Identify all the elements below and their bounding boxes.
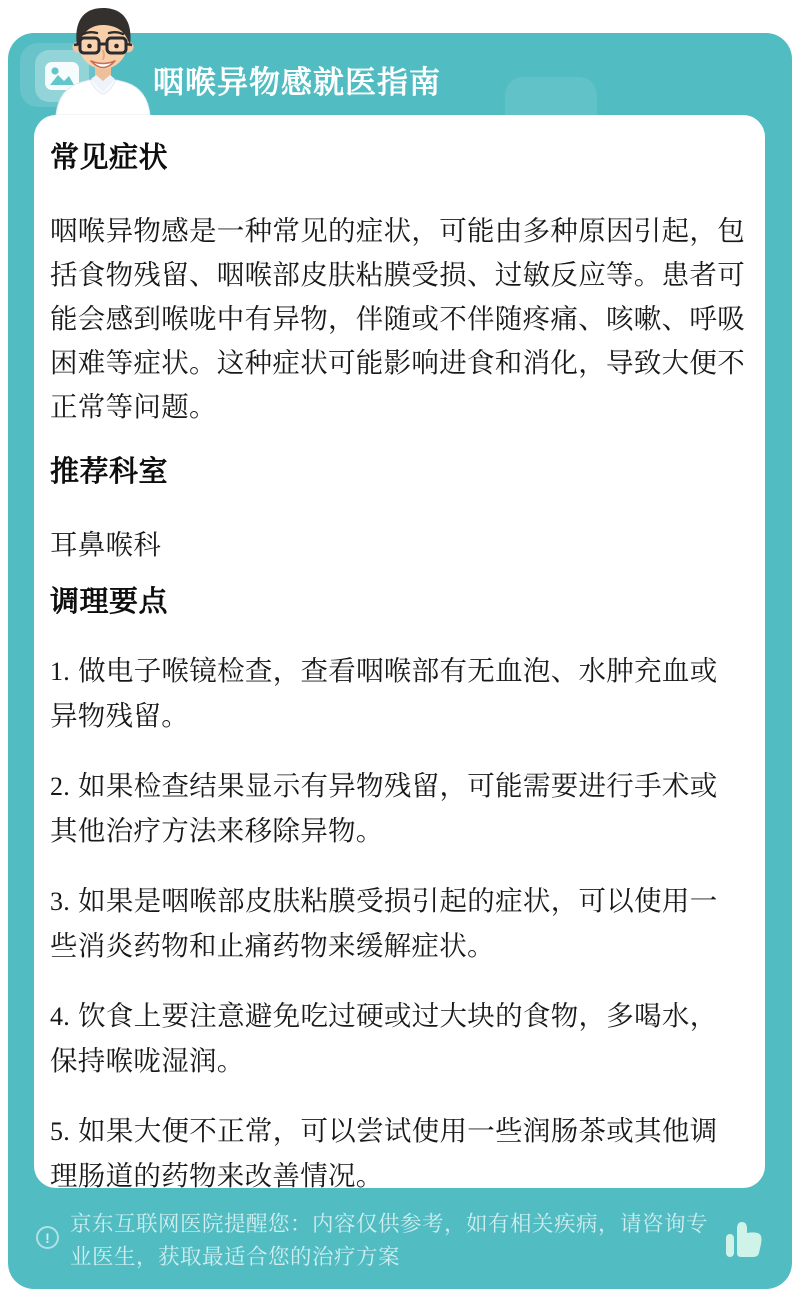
symptoms-text: 咽喉异物感是一种常见的症状，可能由多种原因引起，包括食物残留、咽喉部皮肤粘膜受损… bbox=[50, 209, 745, 429]
tip-item-1: 1.做电子喉镜检查，查看咽喉部有无血泡、水肿充血或异物残留。 bbox=[50, 649, 745, 738]
tip-item-3: 3.如果是咽喉部皮肤粘膜受损引起的症状，可以使用一些消炎药物和止痛药物来缓解症状… bbox=[50, 879, 745, 968]
section-heading-department: 推荐科室 bbox=[50, 455, 745, 489]
tip-text: 如果是咽喉部皮肤粘膜受损引起的症状，可以使用一些消炎药物和止痛药物来缓解症状。 bbox=[50, 885, 718, 961]
tip-item-4: 4.饮食上要注意避免吃过硬或过大块的食物，多喝水，保持喉咙湿润。 bbox=[50, 994, 745, 1083]
tip-number: 4. bbox=[50, 1002, 70, 1031]
tip-text: 做电子喉镜检查，查看咽喉部有无血泡、水肿充血或异物残留。 bbox=[50, 655, 718, 731]
doctor-avatar bbox=[44, 2, 162, 115]
tip-text: 如果检查结果显示有异物残留，可能需要进行手术或其他治疗方法来移除异物。 bbox=[50, 770, 718, 846]
tip-text: 饮食上要注意避免吃过硬或过大块的食物，多喝水，保持喉咙湿润。 bbox=[50, 1000, 718, 1076]
footer-disclaimer: 京东互联网医院提醒您：内容仅供参考，如有相关疾病，请咨询专业医生，获取最适合您的… bbox=[70, 1208, 728, 1274]
warning-icon: ! bbox=[36, 1226, 59, 1249]
thumbs-up-icon[interactable] bbox=[722, 1220, 764, 1260]
tip-number: 3. bbox=[50, 887, 70, 916]
tip-text: 如果大便不正常，可以尝试使用一些润肠茶或其他调理肠道的药物来改善情况。 bbox=[50, 1115, 718, 1188]
department-text: 耳鼻喉科 bbox=[50, 523, 745, 567]
health-guide-screen: { "header": { "title": "咽喉异物感就医指南" }, "a… bbox=[0, 0, 800, 1297]
warning-symbol: ! bbox=[45, 1230, 50, 1246]
section-heading-tips: 调理要点 bbox=[50, 585, 745, 619]
section-heading-symptoms: 常见症状 bbox=[50, 141, 745, 175]
tip-number: 5. bbox=[50, 1117, 70, 1146]
guide-card: 常见症状 咽喉异物感是一种常见的症状，可能由多种原因引起，包括食物残留、咽喉部皮… bbox=[34, 115, 765, 1188]
page-title: 咽喉异物感就医指南 bbox=[153, 57, 441, 102]
tip-number: 2. bbox=[50, 772, 70, 801]
tip-item-5: 5.如果大便不正常，可以尝试使用一些润肠茶或其他调理肠道的药物来改善情况。 bbox=[50, 1109, 745, 1188]
tip-number: 1. bbox=[50, 657, 70, 686]
tip-item-2: 2.如果检查结果显示有异物残留，可能需要进行手术或其他治疗方法来移除异物。 bbox=[50, 764, 745, 853]
